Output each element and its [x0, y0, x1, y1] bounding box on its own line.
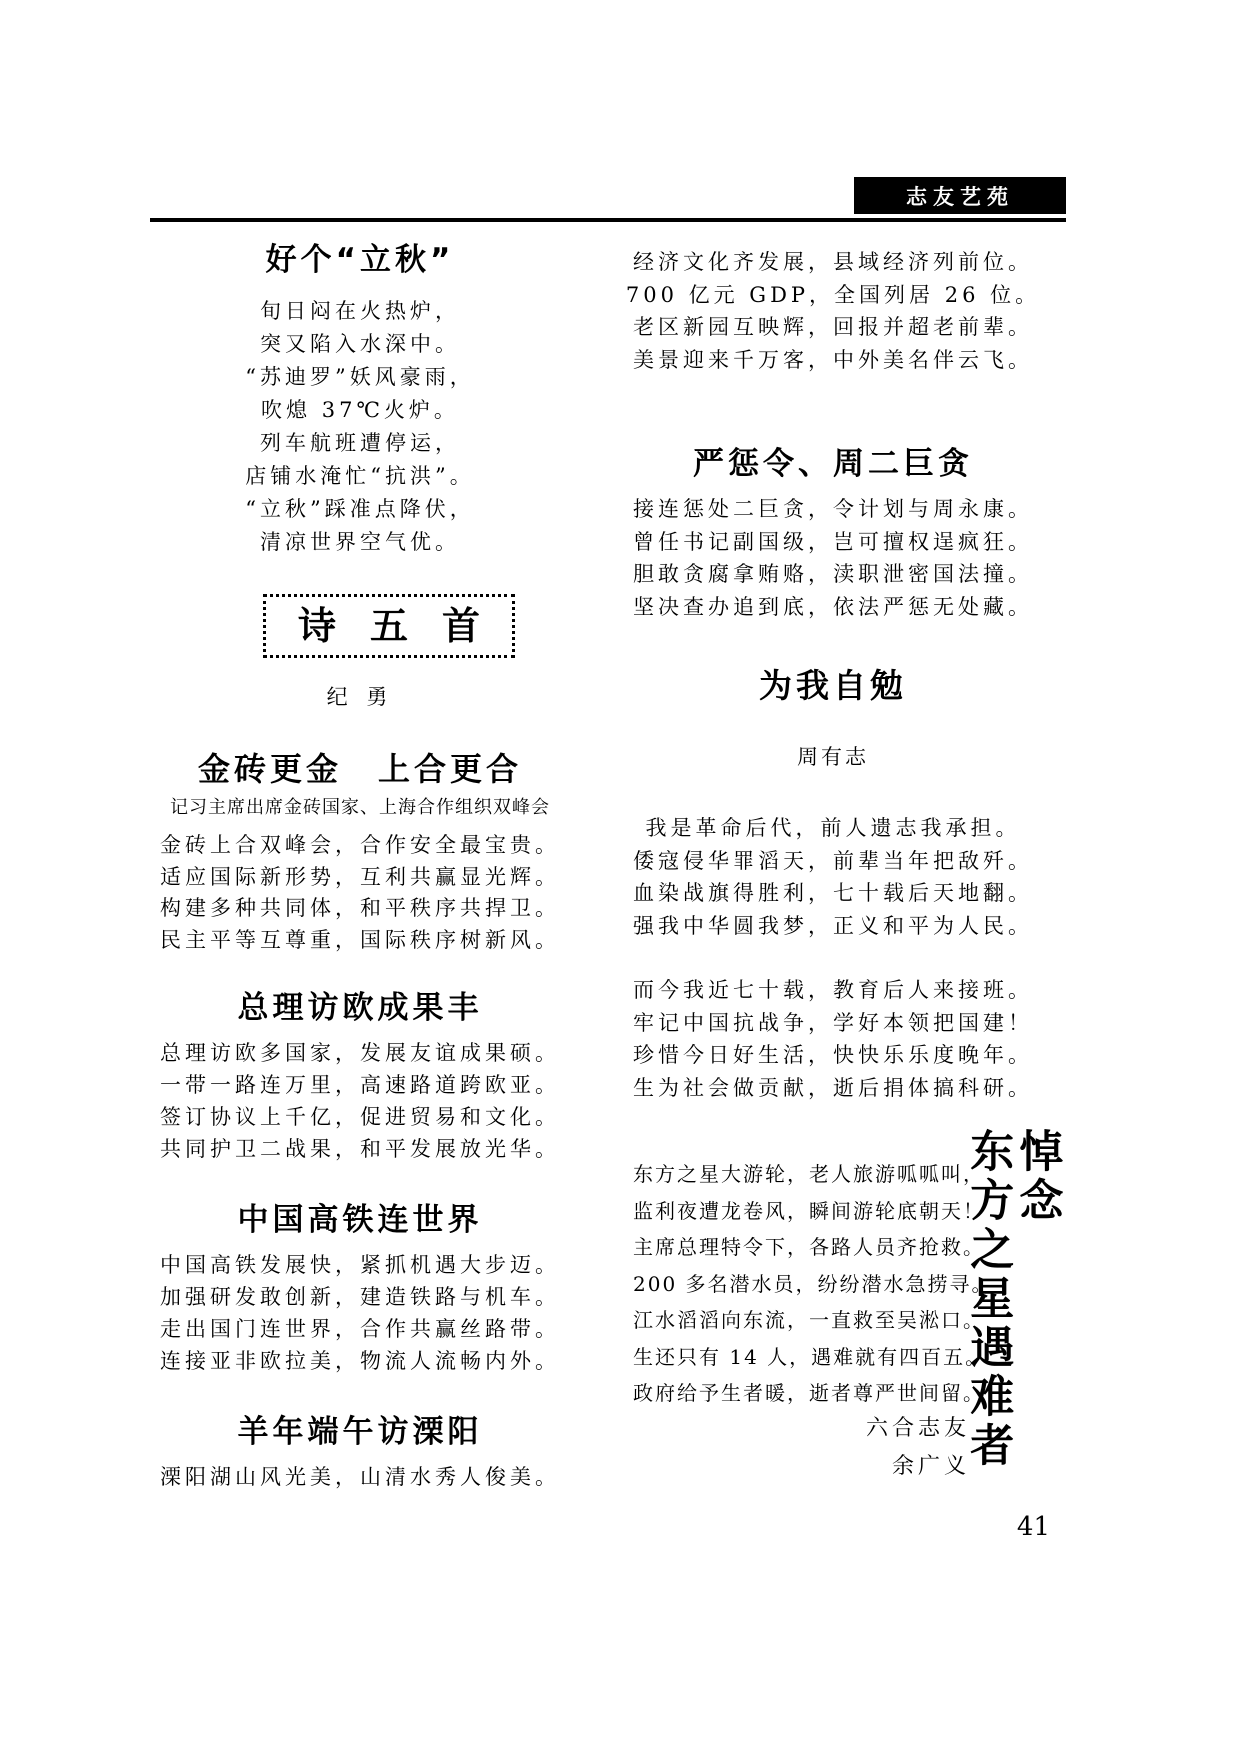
magazine-page: 志友艺苑 好个“立秋” 旬日闷在火热炉， 突又陷入水深中。 “苏迪罗”妖风豪雨，… [0, 0, 1240, 1754]
poems-author: 纪 勇 [150, 682, 570, 712]
poems-box-title: 诗五首 [264, 607, 514, 645]
poem-line: 700 亿元 GDP，全国列居 26 位。 [608, 279, 1058, 312]
poem-line: 生为社会做贡献，逝后捐体搞科研。 [608, 1072, 1058, 1105]
poems-author-block: 纪 勇 [150, 682, 570, 712]
poem-line: 坚决查办追到底，依法严惩无处藏。 [608, 591, 1058, 624]
poem-ziwei-author-block: 周有志 [608, 742, 1058, 772]
poem-line: 珍惜今日好生活，快快乐乐度晚年。 [608, 1039, 1058, 1072]
poem-yancheng-title: 严惩令、周二巨贪 [608, 446, 1058, 483]
poem-daonian-author-name: 余广义 [760, 1448, 970, 1486]
poem-line: 美景迎来千万客，中外美名伴云飞。 [608, 344, 1058, 377]
poem-ziwei: 为我自勉 [608, 666, 1058, 706]
section-header-label: 志友艺苑 [906, 181, 1014, 211]
poem-line: “苏迪罗”妖风豪雨， [150, 361, 570, 394]
poem-line: 签订协议上千亿，促进贸易和文化。 [150, 1101, 570, 1133]
poem-line: 旬日闷在火热炉， [150, 295, 570, 328]
poem-line: 老区新园互映辉，回报并超老前辈。 [608, 311, 1058, 344]
poem-line: 血染战旗得胜利，七十载后天地翻。 [608, 877, 1058, 910]
poem-line: 我是革命后代，前人遗志我承担。 [608, 812, 1058, 845]
poem-line: 曾任书记副国级，岂可擅权逞疯狂。 [608, 526, 1058, 559]
poem-line: 加强研发敢创新，建造铁路与机车。 [150, 1281, 570, 1313]
poem-line: 店铺水淹忙“抗洪”。 [150, 460, 570, 493]
poem-gaotie-title: 中国高铁连世界 [150, 1202, 570, 1239]
header-rule [150, 218, 1066, 222]
poem-line: 生还只有 14 人，遇难就有四百五。 [633, 1339, 978, 1376]
poem-line: 民主平等互尊重，国际秩序树新风。 [150, 925, 570, 957]
poem-line: 走出国门连世界，合作共赢丝路带。 [150, 1313, 570, 1345]
poem-daonian-authors: 六合志友 余广义 [760, 1410, 970, 1486]
poem-liqiu: 好个“立秋” 旬日闷在火热炉， 突又陷入水深中。 “苏迪罗”妖风豪雨， 吹熄 3… [150, 242, 570, 559]
poem-ziwei-title: 为我自勉 [608, 666, 1058, 706]
poem-line: 监利夜遭龙卷风，瞬间游轮底朝天！ [633, 1193, 978, 1230]
poem-daonian-body: 东方之星大游轮，老人旅游呱呱叫， 监利夜遭龙卷风，瞬间游轮底朝天！ 主席总理特令… [633, 1156, 978, 1412]
poem-line: 东方之星大游轮，老人旅游呱呱叫， [633, 1156, 978, 1193]
page-number: 41 [990, 1512, 1050, 1542]
poem-line: 江水滔滔向东流，一直救至吴淞口。 [633, 1302, 978, 1339]
vertical-title-right-column: 悼念 [1012, 1128, 1061, 1488]
poem-daonian-vertical-title: 东方之星遇难者 悼念 [963, 1128, 1062, 1488]
poem-line: 突又陷入水深中。 [150, 328, 570, 361]
poem-line: 一带一路连万里，高速路道跨欧亚。 [150, 1069, 570, 1101]
poem-line: 政府给予生者暖，逝者尊严世间留。 [633, 1375, 978, 1412]
poem-line: 中国高铁发展快，紧抓机遇大步迈。 [150, 1249, 570, 1281]
poem-zongli: 总理访欧成果丰 总理访欧多国家，发展友谊成果硕。 一带一路连万里，高速路道跨欧亚… [150, 990, 570, 1165]
poem-line: 胆敢贪腐拿贿赂，渎职泄密国法撞。 [608, 558, 1058, 591]
poem-line: 总理访欧多国家，发展友谊成果硕。 [150, 1037, 570, 1069]
poem-line: 连接亚非欧拉美，物流人流畅内外。 [150, 1345, 570, 1377]
poem-line: 共同护卫二战果，和平发展放光华。 [150, 1133, 570, 1165]
poem-line: “立秋”踩准点降伏， [150, 493, 570, 526]
poem-jinzhuan-title: 金砖更金 上合更合 [150, 750, 570, 788]
poem-line: 强我中华圆我梦，正义和平为人民。 [608, 910, 1058, 943]
poem-line: 构建多种共同体，和平秩序共捍卫。 [150, 893, 570, 925]
poem-line: 200 多名潜水员，纷纷潜水急捞寻。 [633, 1266, 978, 1303]
poem-line: 溧阳湖山风光美，山清水秀人俊美。 [150, 1461, 570, 1493]
poem-line: 清凉世界空气优。 [150, 526, 570, 559]
poem-daonian-author-group: 六合志友 [760, 1410, 970, 1448]
vertical-title-left-column: 东方之星遇难者 [963, 1128, 1012, 1488]
poem-line: 倭寇侵华罪滔天，前辈当年把敌歼。 [608, 845, 1058, 878]
poem-line: 经济文化齐发展，县域经济列前位。 [608, 246, 1058, 279]
poem-liyang-title: 羊年端午访溧阳 [150, 1414, 570, 1451]
poem-zongli-title: 总理访欧成果丰 [150, 990, 570, 1027]
poem-liyang: 羊年端午访溧阳 溧阳湖山风光美，山清水秀人俊美。 [150, 1414, 570, 1493]
poem-line: 适应国际新形势，互利共赢显光辉。 [150, 862, 570, 894]
poem-line: 列车航班遭停运， [150, 427, 570, 460]
poem-jinzhuan-subtitle: 记习主席出席金砖国家、上海合作组织双峰会 [150, 794, 570, 822]
poem-jinzhuan: 金砖更金 上合更合 记习主席出席金砖国家、上海合作组织双峰会 金砖上合双峰会，合… [150, 750, 570, 956]
poem-line: 金砖上合双峰会，合作安全最宝贵。 [150, 830, 570, 862]
poem-ziwei-stanza2: 而今我近七十载，教育后人来接班。 牢记中国抗战争，学好本领把国建！ 珍惜今日好生… [608, 974, 1058, 1104]
poem-yancheng: 严惩令、周二巨贪 接连惩处二巨贪，令计划与周永康。 曾任书记副国级，岂可擅权逞疯… [608, 446, 1058, 623]
poem-ziwei-author: 周有志 [608, 742, 1058, 772]
poem-liyang-continuation: 经济文化齐发展，县域经济列前位。 700 亿元 GDP，全国列居 26 位。 老… [608, 246, 1058, 376]
poem-line: 吹熄 37℃火炉。 [150, 394, 570, 427]
poem-line: 牢记中国抗战争，学好本领把国建！ [608, 1007, 1058, 1040]
poem-line: 而今我近七十载，教育后人来接班。 [608, 974, 1058, 1007]
poem-line: 主席总理特令下，各路人员齐抢救。 [633, 1229, 978, 1266]
poem-line: 接连惩处二巨贪，令计划与周永康。 [608, 493, 1058, 526]
poems-box-frame: 诗五首 [263, 594, 515, 658]
poem-gaotie: 中国高铁连世界 中国高铁发展快，紧抓机遇大步迈。 加强研发敢创新，建造铁路与机车… [150, 1202, 570, 1377]
poem-ziwei-stanza1: 我是革命后代，前人遗志我承担。 倭寇侵华罪滔天，前辈当年把敌歼。 血染战旗得胜利… [608, 812, 1058, 942]
poem-liqiu-title: 好个“立秋” [150, 242, 570, 279]
section-header-bar: 志友艺苑 [854, 177, 1066, 214]
